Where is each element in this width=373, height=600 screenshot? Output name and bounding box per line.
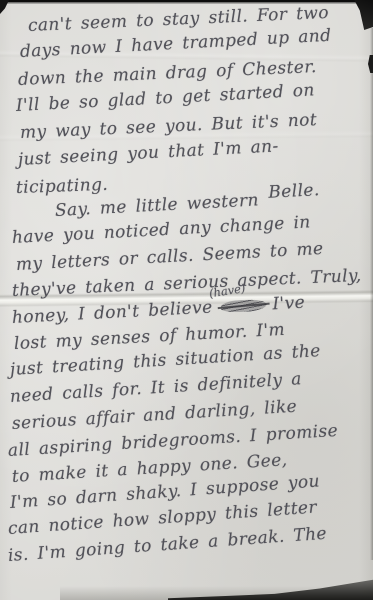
correction-after: I've xyxy=(272,293,306,315)
letter-page: can't seem to stay still. For two days n… xyxy=(0,0,373,600)
paper-corner-top-right xyxy=(351,0,373,30)
paper-corner-top-left xyxy=(0,0,9,14)
raised-word: Belle. xyxy=(268,180,320,203)
scribbled-out-word xyxy=(220,299,267,313)
paper-edge-top xyxy=(0,0,373,4)
letter-line: ticipating. xyxy=(16,175,109,198)
